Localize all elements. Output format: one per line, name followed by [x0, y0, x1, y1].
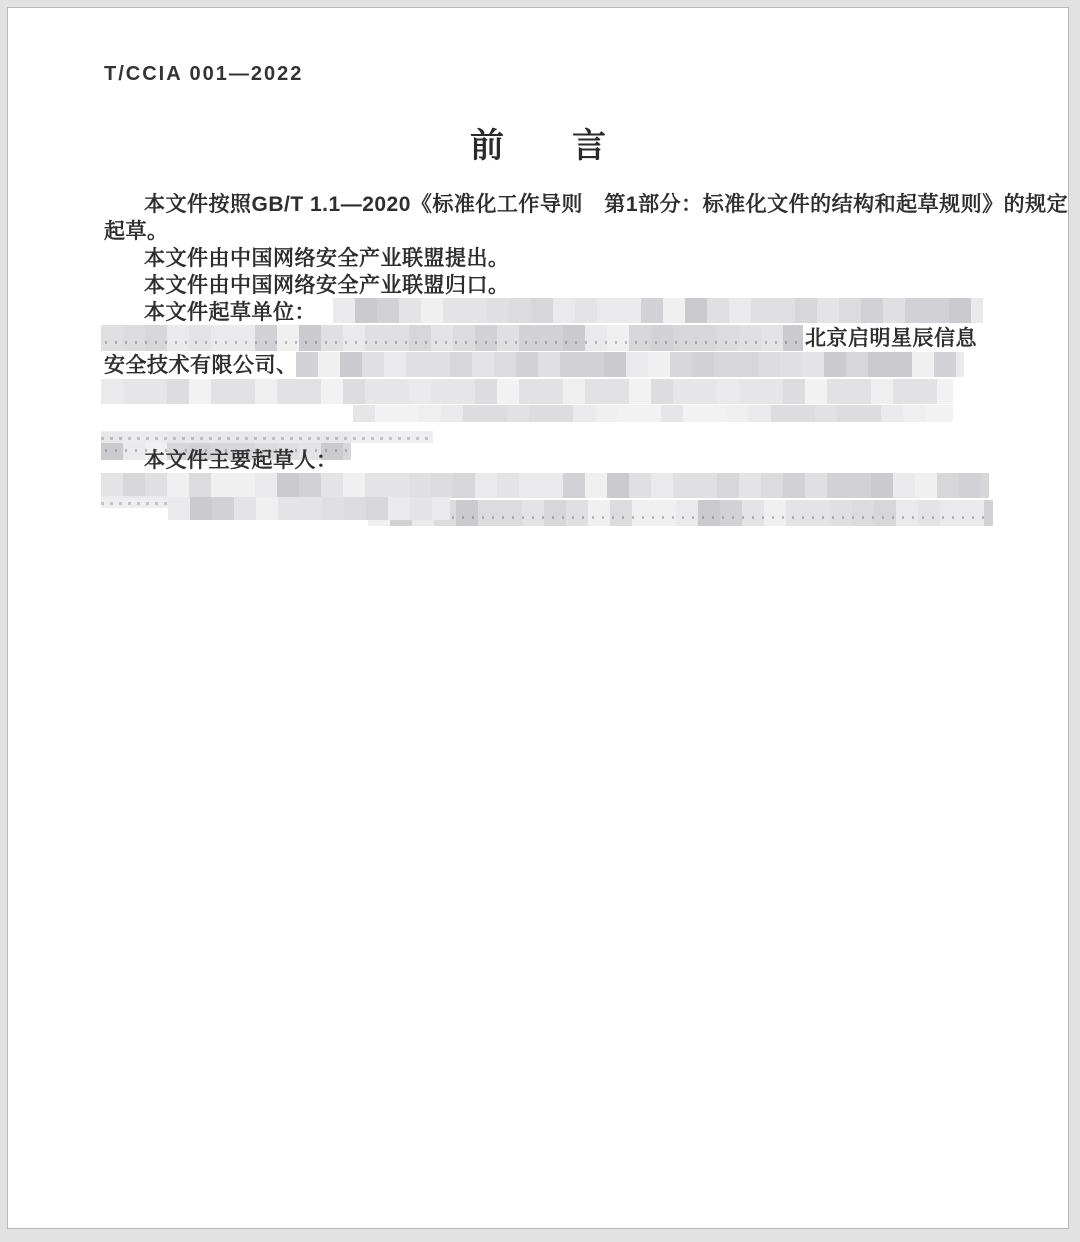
- body-fragment-org-visible-left: 安全技术有限公司、: [104, 353, 298, 378]
- body-line-proposed-by: 本文件由中国网络安全产业联盟提出。: [144, 246, 510, 271]
- redacted-block: [101, 473, 989, 498]
- body-line-rules-2: 起草。: [104, 219, 169, 244]
- standard-number: T/CCIA 001—2022: [104, 63, 303, 86]
- redacted-faint-line: [101, 496, 171, 508]
- redacted-block: [296, 352, 964, 377]
- body-fragment-org-visible-right: 北京启明星辰信息: [805, 326, 977, 351]
- body-line-rules-1: 本文件按照GB/T 1.1—2020《标准化工作导则 第1部分：标准化文件的结构…: [144, 192, 1068, 217]
- redacted-faint-line: [101, 431, 433, 443]
- redacted-block: [101, 325, 803, 351]
- redacted-block: [168, 497, 450, 520]
- page-title-foreword: 前 言: [8, 118, 1068, 167]
- redacted-block: [368, 500, 993, 526]
- screenshot-root: { "document": { "code": "T/CCIA 001—2022…: [0, 0, 1080, 1242]
- document-page: T/CCIA 001—2022 前 言 本文件按照GB/T 1.1—2020《标…: [7, 7, 1069, 1229]
- redacted-block: [101, 379, 953, 404]
- redacted-block: [333, 298, 983, 323]
- body-label-drafting-units: 本文件起草单位：: [144, 300, 316, 325]
- redacted-block: [353, 405, 953, 422]
- body-label-main-drafters: 本文件主要起草人：: [144, 448, 338, 473]
- body-line-centralized-by: 本文件由中国网络安全产业联盟归口。: [144, 273, 510, 298]
